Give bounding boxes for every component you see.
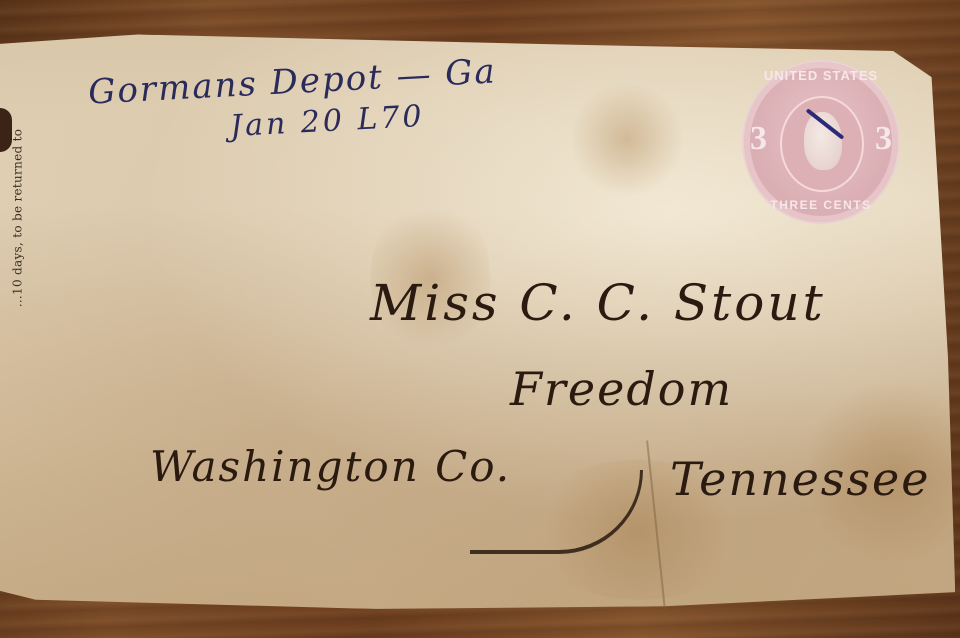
return-notice-text: …10 days, to be returned to: [10, 129, 24, 308]
stamp-denomination-left: 3: [750, 120, 767, 158]
stamp-top-text: UNITED STATES: [744, 68, 898, 83]
stamp-bottom-text: THREE CENTS: [744, 198, 898, 212]
water-stain: [571, 79, 682, 200]
recipient-county: Washington Co.: [150, 442, 511, 491]
stamp-portrait-frame: [780, 96, 864, 192]
printed-return-notice: …10 days, to be returned to: [2, 88, 32, 348]
recipient-name: Miss C. C. Stout: [370, 274, 826, 332]
stamp-denomination-right: 3: [875, 120, 892, 158]
recipient-state: Tennessee: [670, 452, 930, 506]
embossed-stamp: UNITED STATES 3 3 THREE CENTS: [742, 60, 900, 224]
recipient-town: Freedom: [510, 362, 733, 416]
